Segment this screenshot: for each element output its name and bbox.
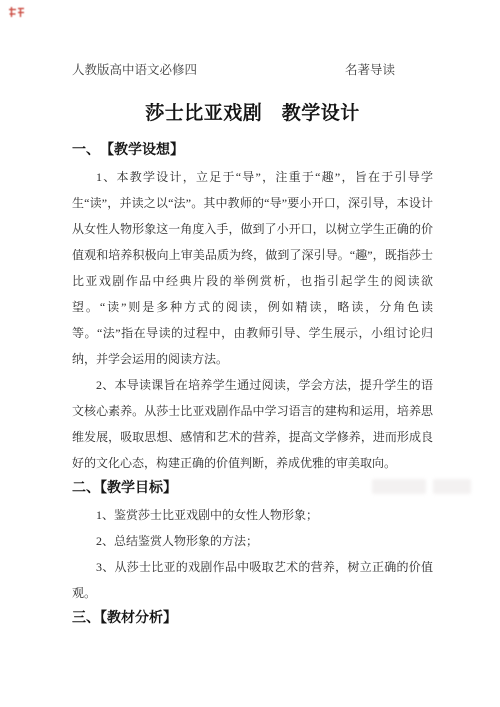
paragraph: 2、本导读课旨在培养学生通过阅读，学会方法，提升学生的语文核心素养。从莎士比亚戏… xyxy=(72,372,433,476)
goal-item: 1、鉴赏莎士比亚戏剧中的女性人物形象； xyxy=(72,502,433,528)
section-teaching-goals: 二、【教学目标】 1、鉴赏莎士比亚戏剧中的女性人物形象； 2、总结鉴赏人物形象的… xyxy=(72,476,433,606)
red-stamp-icon xyxy=(8,6,25,19)
document-content: 人教版高中语文必修四 名著导读 莎士比亚戏剧 教学设计 一、 【教学设想】 1、… xyxy=(72,0,433,632)
header-course-label: 人教版高中语文必修四 xyxy=(72,62,197,78)
section-heading-1: 一、 【教学设想】 xyxy=(72,138,433,164)
goal-item: 2、总结鉴赏人物形象的方法； xyxy=(72,528,433,554)
goal-item: 3、从莎士比亚的戏剧作品中吸取艺术的营养，树立正确的价值观。 xyxy=(72,554,433,606)
section-teaching-concept: 一、 【教学设想】 1、本教学设计，立足于“导”，注重于“趣”，旨在于引导学生“… xyxy=(72,138,433,476)
section-material-analysis: 三、【教材分析】 xyxy=(72,606,433,632)
document-title: 莎士比亚戏剧 教学设计 xyxy=(72,102,433,126)
section-heading-2: 二、【教学目标】 xyxy=(72,476,433,502)
paragraph: 1、本教学设计，立足于“导”，注重于“趣”，旨在于引导学生“读”，并读之以“法”… xyxy=(72,164,433,372)
document-page: 人教版高中语文必修四 名著导读 莎士比亚戏剧 教学设计 一、 【教学设想】 1、… xyxy=(0,0,500,707)
section-heading-3: 三、【教材分析】 xyxy=(72,606,433,632)
watermark-blob xyxy=(433,479,471,494)
page-header: 人教版高中语文必修四 名著导读 xyxy=(72,62,433,78)
header-section-label: 名著导读 xyxy=(345,62,433,78)
